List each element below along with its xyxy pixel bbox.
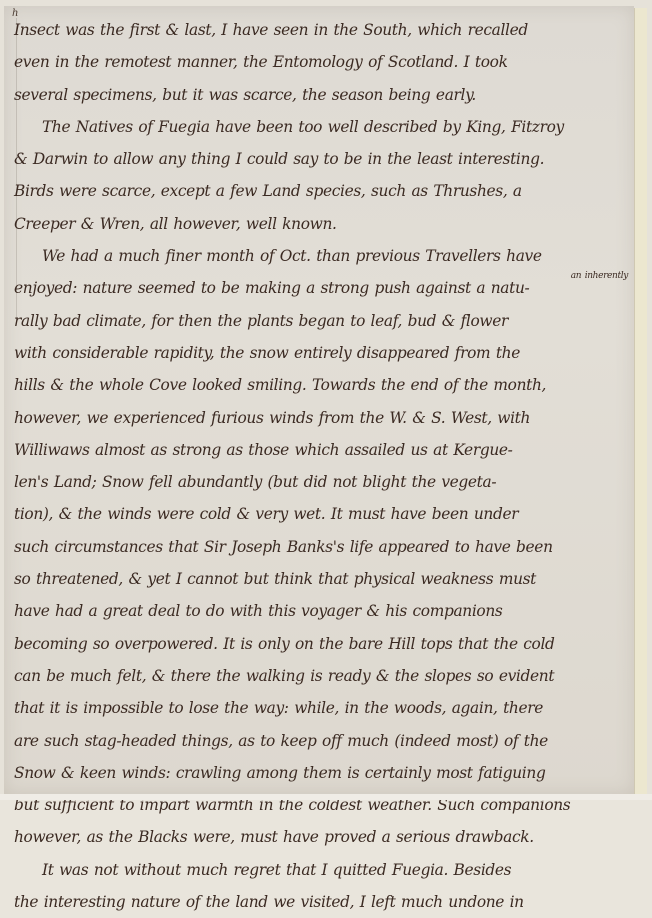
text-line: len's Land; Snow fell abundantly (but di… [14,466,634,498]
manuscript-page: h Insect was the first & last, I have se… [4,6,634,794]
text-line: & Darwin to allow any thing I could say … [14,143,634,175]
text-line: Williwaws almost as strong as those whic… [14,434,634,466]
text-line: that it is impossible to lose the way: w… [14,692,634,724]
text-line-with-insert: enjoyed: nature seemed to be making a st… [14,272,634,304]
page-edge [634,8,647,794]
text-line: Birds were scarce, except a few Land spe… [14,175,634,207]
text-line: even in the remotest manner, the Entomol… [14,46,634,78]
text-line: tion), & the winds were cold & very wet.… [14,498,634,530]
text-line: The Natives of Fuegia have been too well… [14,111,634,143]
text-line: are such stag-headed things, as to keep … [14,725,634,757]
text-line: Creeper & Wren, all however, well known. [14,208,634,240]
text-line: rally bad climate, for then the plants b… [14,305,634,337]
text-line-content: enjoyed: nature seemed to be making a st… [14,279,529,297]
text-line: however, we experienced furious winds fr… [14,402,634,434]
text-line: Insect was the first & last, I have seen… [14,14,634,46]
text-line: can be much felt, & there the walking is… [14,660,634,692]
text-line: such circumstances that Sir Joseph Banks… [14,531,634,563]
text-line: becoming so overpowered. It is only on t… [14,628,634,660]
manuscript-text: Insect was the first & last, I have seen… [14,14,634,800]
text-line: hills & the whole Cove looked smiling. T… [14,369,634,401]
text-line: We had a much finer month of Oct. than p… [14,240,634,272]
scan-border [0,794,652,800]
text-line: Snow & keen winds: crawling among them i… [14,757,634,789]
interlinear-insert: an inherently [571,260,628,292]
text-line: so threatened, & yet I cannot but think … [14,563,634,595]
text-line: with considerable rapidity, the snow ent… [14,337,634,369]
text-line: several specimens, but it was scarce, th… [14,79,634,111]
text-line: have had a great deal to do with this vo… [14,595,634,627]
